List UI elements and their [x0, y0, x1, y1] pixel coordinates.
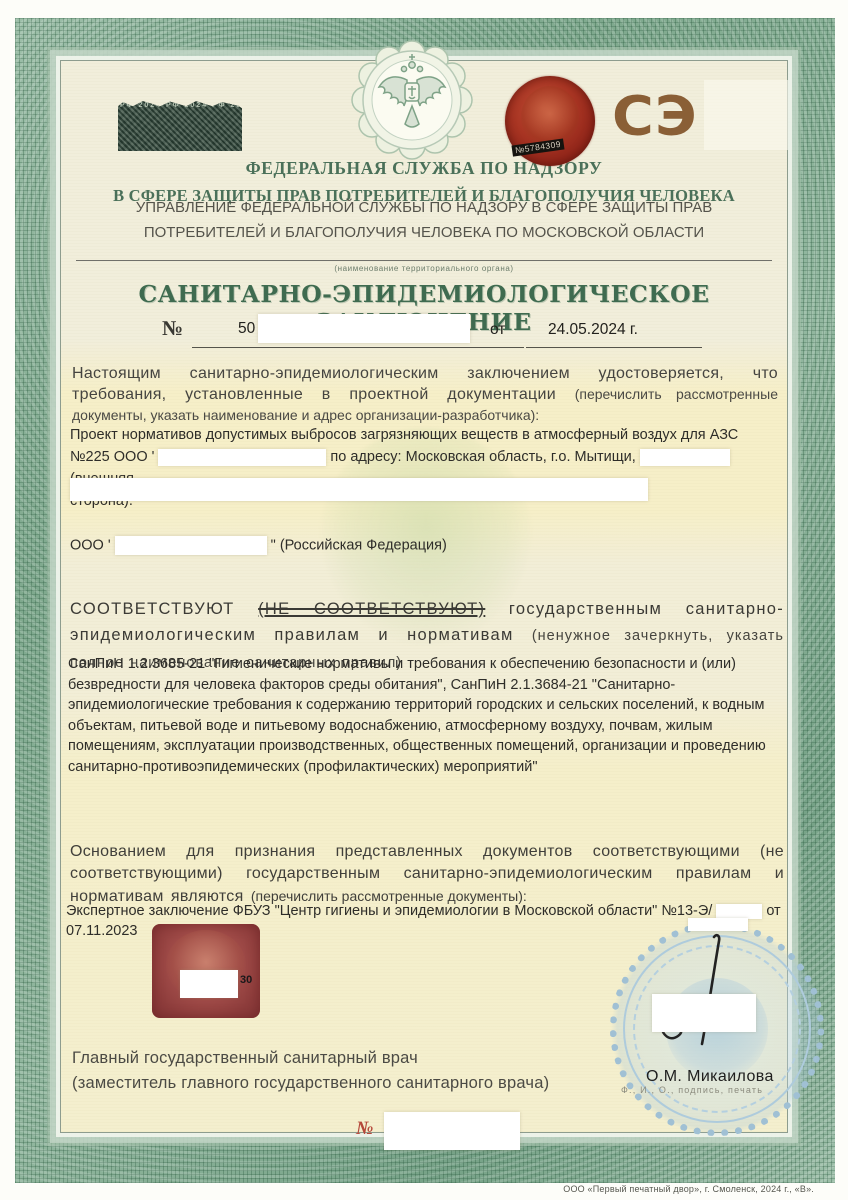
redaction-box — [258, 314, 470, 343]
position-line1: Главный государственный санитарный врач — [72, 1046, 549, 1071]
expert-prefix: Экспертное заключение ФБУЗ "Центр гигиен… — [66, 903, 712, 919]
basis-statement: Основанием для признания представленных … — [70, 841, 784, 908]
project-line1: Проект нормативов допустимых выбросов за… — [70, 427, 738, 443]
se-logo-icon: СЭ — [612, 85, 722, 148]
redaction-box — [70, 478, 648, 501]
redaction-box — [158, 449, 326, 466]
form-number-sign: № — [356, 1118, 373, 1140]
red-holographic-seal-icon: №5784309 — [505, 76, 595, 166]
red-square-stamp-icon: 30 — [152, 924, 260, 1018]
project-line2-mid: по адресу: Московская область, г.о. Мыти… — [330, 449, 635, 465]
stamp-digits: 30 — [240, 974, 252, 986]
redaction-box — [180, 970, 238, 998]
redaction-box — [688, 918, 748, 931]
organization-line: ООО '" (Российская Федерация) — [70, 536, 786, 555]
redaction-box — [640, 449, 730, 466]
signature-caption: Ф., И., О., подпись, печать — [621, 1085, 763, 1095]
date-from-label: от — [490, 321, 505, 339]
certification-statement: Настоящим санитарно-эпидемиологическим з… — [72, 363, 778, 426]
hologram-sticker: РФ 2024 РФ 2024 РФ 2024 — [118, 99, 242, 151]
date-underline — [526, 347, 702, 348]
territorial-organ-rule — [76, 260, 772, 261]
certificate-page: РФ 2024 РФ 2024 РФ 2024 №5784309 СЭ ФЕДЕ… — [0, 0, 848, 1200]
number-underline — [192, 347, 524, 348]
project-line2-prefix: №225 ООО ' — [70, 449, 154, 465]
number-sign: № — [162, 316, 183, 341]
redaction-box — [652, 994, 756, 1032]
conform-word: СООТВЕТСТВУЮТ — [70, 600, 235, 618]
seal-number: №5784309 — [511, 138, 564, 156]
rospotrebnadzor-emblem-icon — [346, 38, 478, 166]
redaction-box — [716, 904, 762, 919]
territorial-organ-name: УПРАВЛЕНИЕ ФЕДЕРАЛЬНОЙ СЛУЖБЫ ПО НАДЗОРУ… — [94, 195, 754, 245]
certificate-date: 24.05.2024 г. — [548, 321, 638, 339]
printer-imprint: ООО «Первый печатный двор», г. Смоленск,… — [563, 1184, 814, 1194]
redaction-box — [384, 1112, 520, 1150]
organization-prefix: ООО ' — [70, 537, 111, 553]
sanpin-regulations: СанПиН 1.2.3685-21 "Гигиенические нормат… — [68, 654, 786, 777]
expert-ot: от — [766, 903, 780, 919]
signatory-position: Главный государственный санитарный врач … — [72, 1046, 549, 1096]
redaction-box — [115, 536, 267, 555]
conform-struck-out: (НЕ СООТВЕТСТВУЮТ) — [258, 600, 485, 618]
territorial-organ-caption: (наименование территориального органа) — [60, 264, 788, 273]
certificate-number-prefix: 50 — [238, 320, 255, 338]
signatory-name: О.М. Микаилова — [646, 1068, 774, 1086]
expert-date: 07.11.2023 — [66, 923, 138, 939]
organization-suffix: " (Российская Федерация) — [271, 537, 447, 553]
position-line2: (заместитель главного государственного с… — [72, 1071, 549, 1096]
